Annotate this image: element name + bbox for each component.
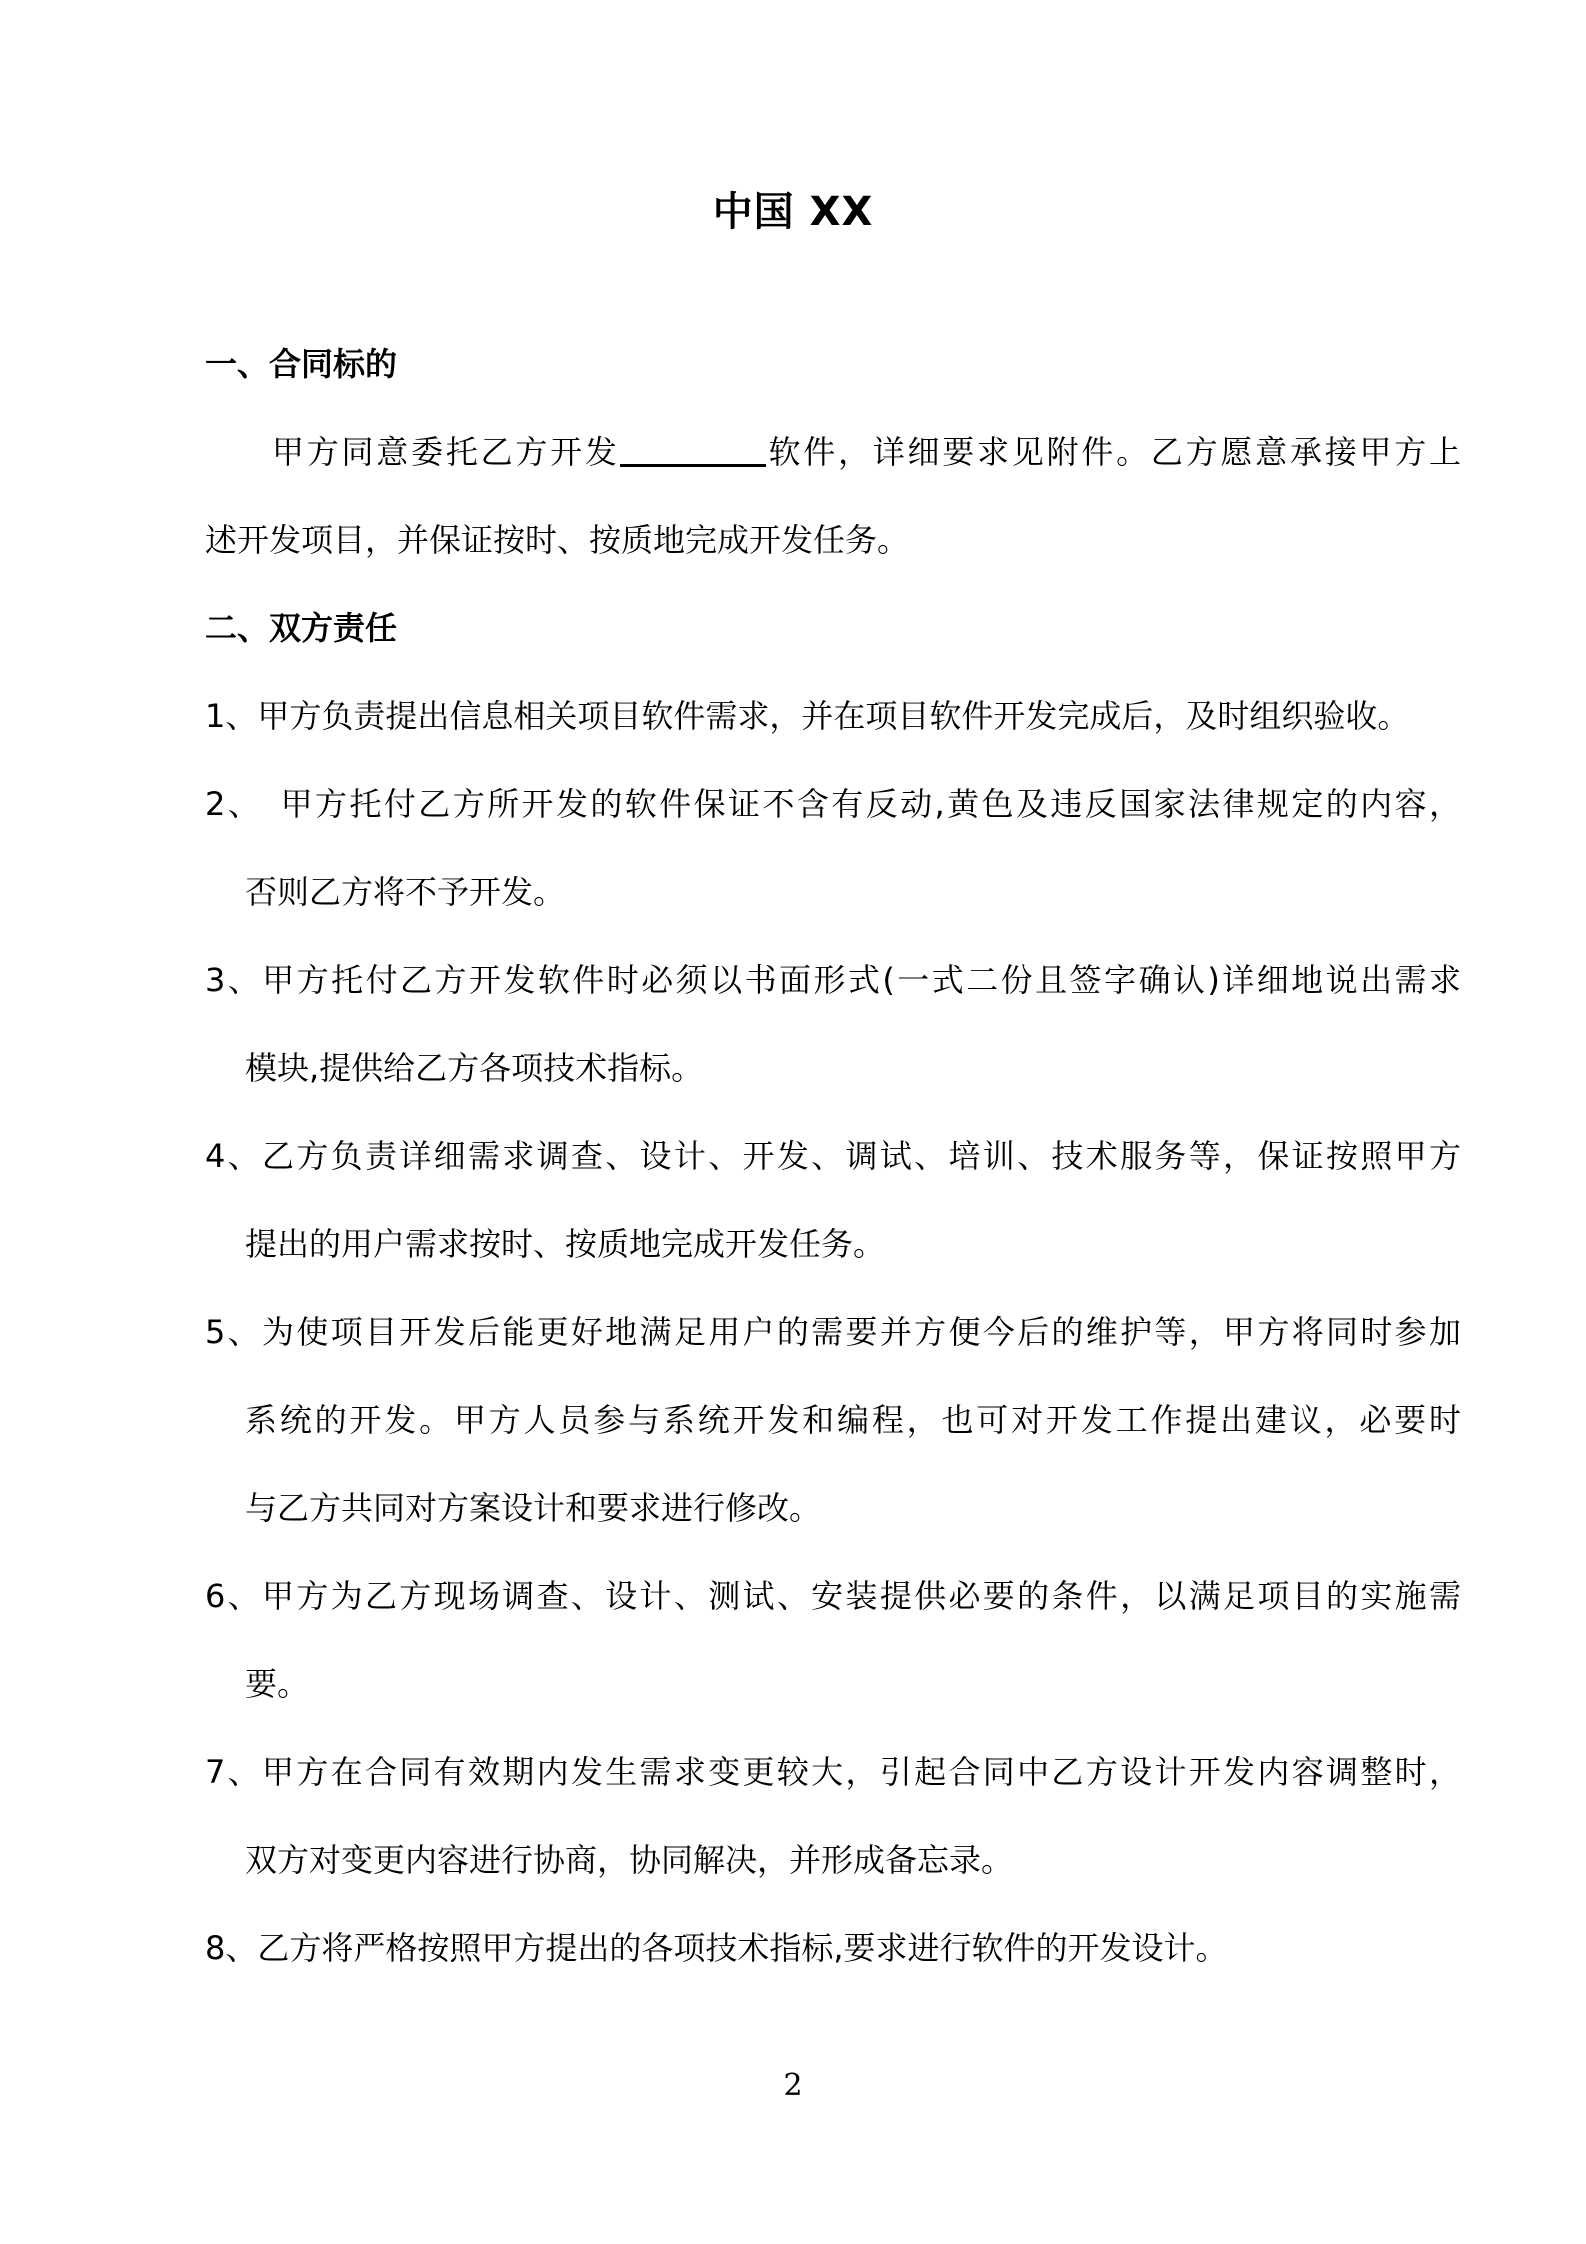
item-7-line-2: 双方对变更内容进行协商，协同解决，并形成备忘录。	[245, 1816, 1461, 1904]
item-6-line-1: 6、甲方为乙方现场调查、设计、测试、安装提供必要的条件，以满足项目的实施需	[205, 1552, 1461, 1640]
section-2-heading: 二、双方责任	[205, 584, 1461, 672]
fill-in-blank-underline	[620, 434, 766, 467]
document-text-segment: 软件，详细要求见附件。乙方愿意承接甲方上	[766, 433, 1461, 471]
document-page: 中国 XX 一、合同标的甲方同意委托乙方开发软件，详细要求见附件。乙方愿意承接甲…	[0, 0, 1586, 2244]
item-5-line-1: 5、为使项目开发后能更好地满足用户的需要并方便今后的维护等，甲方将同时参加	[205, 1288, 1461, 1376]
item-5-line-2: 系统的开发。甲方人员参与系统开发和编程，也可对开发工作提出建议，必要时	[245, 1376, 1461, 1464]
intro-line-2: 述开发项目，并保证按时、按质地完成开发任务。	[205, 496, 1461, 584]
item-6-line-2: 要。	[245, 1640, 1461, 1728]
item-5-line-3: 与乙方共同对方案设计和要求进行修改。	[245, 1464, 1461, 1552]
document-title: 中国 XX	[0, 186, 1586, 238]
item-4-line-2: 提出的用户需求按时、按质地完成开发任务。	[245, 1200, 1461, 1288]
item-7-line-1: 7、甲方在合同有效期内发生需求变更较大，引起合同中乙方设计开发内容调整时，	[205, 1728, 1461, 1816]
page-number: 2	[0, 2066, 1586, 2106]
item-2-line-1: 2、 甲方托付乙方所开发的软件保证不含有反动,黄色及违反国家法律规定的内容，	[205, 760, 1461, 848]
document-body: 一、合同标的甲方同意委托乙方开发软件，详细要求见附件。乙方愿意承接甲方上述开发项…	[205, 320, 1461, 1992]
item-2-line-2: 否则乙方将不予开发。	[245, 848, 1461, 936]
item-1-line-1: 1、甲方负责提出信息相关项目软件需求，并在项目软件开发完成后，及时组织验收。	[205, 672, 1461, 760]
item-3-line-2: 模块,提供给乙方各项技术指标。	[245, 1024, 1461, 1112]
item-8-line-1: 8、乙方将严格按照甲方提出的各项技术指标,要求进行软件的开发设计。	[205, 1904, 1461, 1992]
intro-line-1: 甲方同意委托乙方开发软件，详细要求见附件。乙方愿意承接甲方上	[272, 408, 1461, 496]
document-text-segment: 甲方同意委托乙方开发	[272, 433, 620, 471]
item-3-line-1: 3、甲方托付乙方开发软件时必须以书面形式(一式二份且签字确认)详细地说出需求	[205, 936, 1461, 1024]
section-1-heading: 一、合同标的	[205, 320, 1461, 408]
item-4-line-1: 4、乙方负责详细需求调查、设计、开发、调试、培训、技术服务等，保证按照甲方	[205, 1112, 1461, 1200]
